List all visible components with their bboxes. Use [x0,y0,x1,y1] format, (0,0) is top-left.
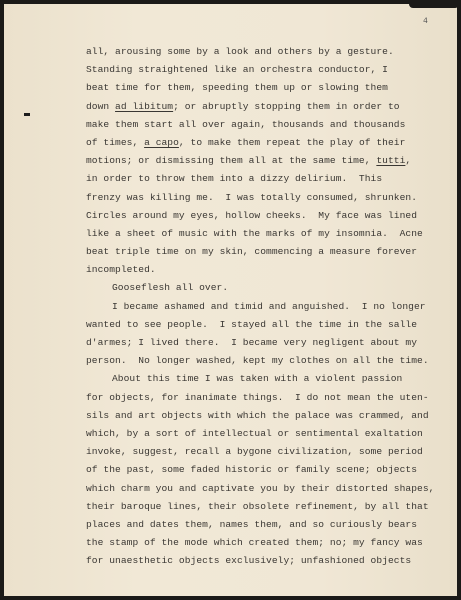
text-line: all, arousing some by a look and others … [86,43,446,61]
text-line: Standing straightened like an orchestra … [86,61,446,79]
text-line: incompleted. [86,261,446,279]
text-run: ; or abruptly stopping them in order to [173,101,399,112]
text-run: all, arousing some by a look and others … [86,46,394,57]
text-run: beat time for them, speeding them up or … [86,82,388,93]
text-run: I became ashamed and timid and anguished… [112,301,426,312]
text-run: Circles around my eyes, hollow cheeks. M… [86,210,417,221]
text-line: which, by a sort of intellectual or sent… [86,425,446,443]
page-edge-notch [409,4,457,8]
text-line: invoke, suggest, recall a bygone civiliz… [86,443,446,461]
text-run: wanted to see people. I stayed all the t… [86,319,417,330]
text-line: for unaesthetic objects exclusively; unf… [86,552,446,570]
text-line: Circles around my eyes, hollow cheeks. M… [86,207,446,225]
text-line: the stamp of the mode which created them… [86,534,446,552]
page-number: 4 [423,17,428,26]
text-run: sils and art objects with which the pala… [86,410,429,421]
text-line: make them start all over again, thousand… [86,116,446,134]
text-run: motions; or dismissing them all at the s… [86,155,376,166]
text-run: which, by a sort of intellectual or sent… [86,428,423,439]
text-run: Standing straightened like an orchestra … [86,64,388,75]
text-line: of the past, some faded historic or fami… [86,461,446,479]
text-run: which charm you and captivate you by the… [86,483,434,494]
text-run: like a sheet of music with the marks of … [86,228,423,239]
text-line: down ad libitum; or abruptly stopping th… [86,98,446,116]
text-run: their baroque lines, their obsolete refi… [86,501,429,512]
text-run: Gooseflesh all over. [112,282,228,293]
text-run: person. No longer washed, kept my clothe… [86,355,429,366]
text-run: About this time I was taken with a viole… [112,373,402,384]
text-run: d'armes; I lived there. I became very ne… [86,337,417,348]
text-line: motions; or dismissing them all at the s… [86,152,446,170]
text-run: beat triple time on my skin, commencing … [86,246,417,257]
text-line: d'armes; I lived there. I became very ne… [86,334,446,352]
underlined-phrase: a capo [144,137,179,148]
text-run: of the past, some faded historic or fami… [86,464,417,475]
underlined-phrase: tutti [376,155,405,166]
text-run: of times, [86,137,144,148]
text-line: which charm you and captivate you by the… [86,480,446,498]
text-run: for unaesthetic objects exclusively; unf… [86,555,411,566]
text-run: for objects, for inanimate things. I do … [86,392,429,403]
text-line: in order to throw them into a dizzy deli… [86,170,446,188]
text-run: , [405,155,411,166]
text-line: sils and art objects with which the pala… [86,407,446,425]
margin-mark [24,113,30,116]
text-line: for objects, for inanimate things. I do … [86,389,446,407]
text-line: About this time I was taken with a viole… [86,370,446,388]
text-run: frenzy was killing me. I was totally con… [86,192,417,203]
text-line: Gooseflesh all over. [86,279,446,297]
text-run: in order to throw them into a dizzy deli… [86,173,382,184]
text-line: person. No longer washed, kept my clothe… [86,352,446,370]
text-run: places and dates them, names them, and s… [86,519,417,530]
text-run: down [86,101,115,112]
text-line: I became ashamed and timid and anguished… [86,298,446,316]
text-run: invoke, suggest, recall a bygone civiliz… [86,446,423,457]
underlined-phrase: ad libitum [115,101,173,112]
text-run: , to make them repeat the play of their [179,137,405,148]
text-line: beat time for them, speeding them up or … [86,79,446,97]
text-line: like a sheet of music with the marks of … [86,225,446,243]
body-text: all, arousing some by a look and others … [86,43,446,570]
text-line: their baroque lines, their obsolete refi… [86,498,446,516]
text-line: places and dates them, names them, and s… [86,516,446,534]
text-line: wanted to see people. I stayed all the t… [86,316,446,334]
text-line: frenzy was killing me. I was totally con… [86,189,446,207]
text-line: of times, a capo, to make them repeat th… [86,134,446,152]
text-run: make them start all over again, thousand… [86,119,405,130]
typewritten-page: 4 all, arousing some by a look and other… [4,4,457,596]
text-run: the stamp of the mode which created them… [86,537,423,548]
text-run: incompleted. [86,264,156,275]
text-line: beat triple time on my skin, commencing … [86,243,446,261]
